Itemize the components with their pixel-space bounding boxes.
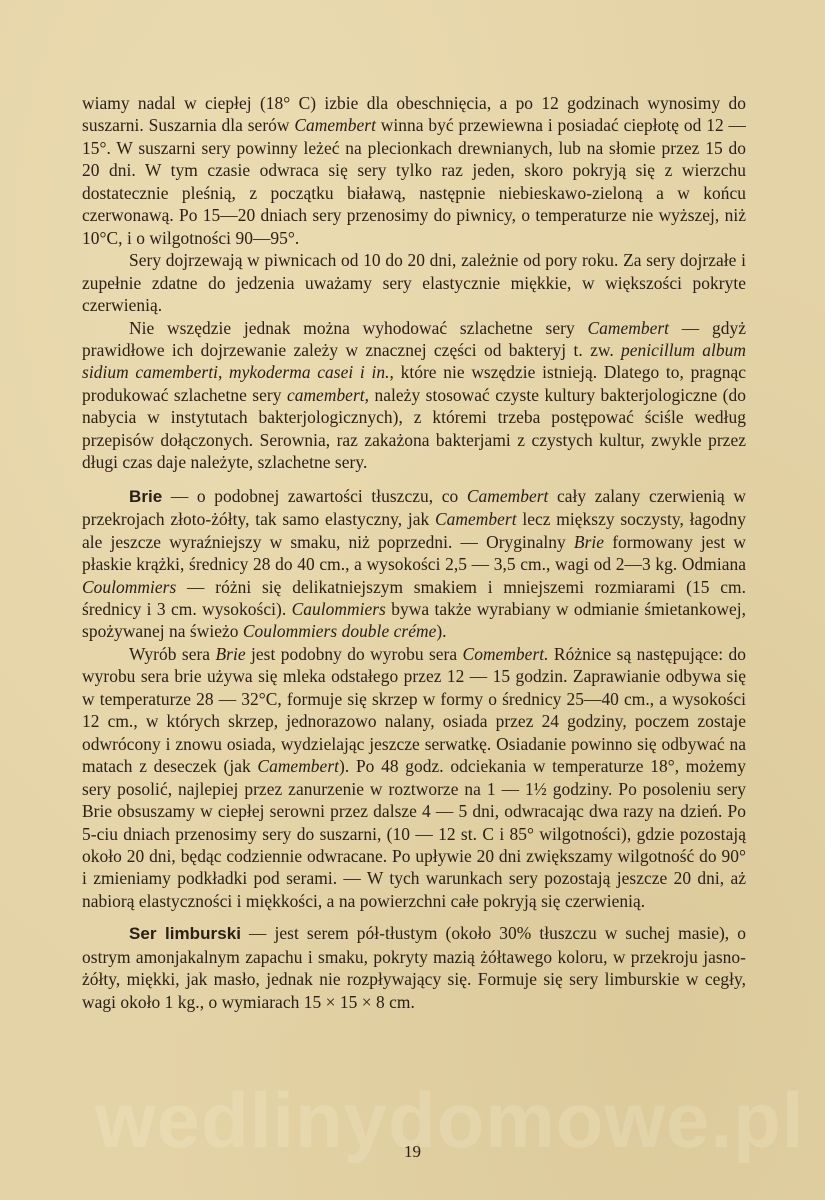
paragraph-brie-production: Wyrób sera Brie jest podobny do wyrobu s…	[82, 643, 746, 912]
paragraph-bacteria-cultures: Nie wszędzie jednak można wyhodować szla…	[82, 317, 746, 474]
document-page-body: wiamy nadal w ciepłej (18° C) izbie dla …	[82, 92, 746, 1013]
section-heading-limburger: Ser limburski	[129, 924, 241, 943]
section-heading-brie: Brie	[129, 487, 162, 506]
paragraph-camembert-drying: wiamy nadal w ciepłej (18° C) izbie dla …	[82, 92, 746, 249]
section-brie: Brie — o podobnej zawartości tłuszczu, c…	[82, 485, 746, 643]
page-number: 19	[0, 1142, 825, 1162]
paragraph-ripening: Sery dojrzewają w piwnicach od 10 do 20 …	[82, 249, 746, 316]
section-limburger: Ser limburski — jest serem pół-tłustym (…	[82, 922, 746, 1013]
